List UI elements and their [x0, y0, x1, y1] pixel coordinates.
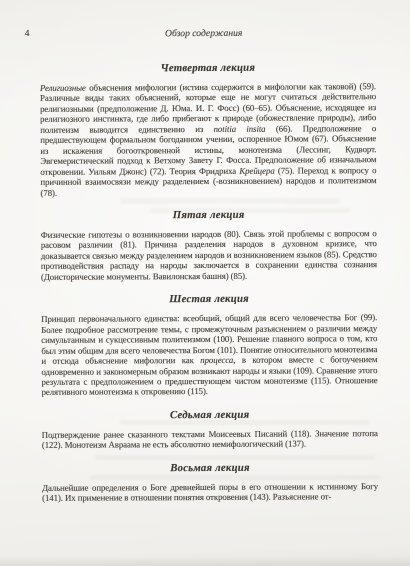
- emphasized-term: Крейцера: [239, 165, 274, 175]
- page-number: 4: [25, 29, 30, 39]
- lecture-summary: Принцип первоначального единства: всеобщ…: [41, 312, 377, 397]
- contents-overview: Четвертая лекцияРелигиозные объяснения м…: [40, 61, 378, 503]
- lecture-summary: Физические гипотезы о возникновении наро…: [41, 228, 377, 282]
- lecture-summary: Религиозные объяснения мифологии (истина…: [40, 81, 377, 198]
- summary-text: Дальнейшие определения о Боге древнейшей…: [42, 481, 378, 503]
- lecture-summary: Дальнейшие определения о Боге древнейшей…: [42, 481, 378, 504]
- page-body: 4 Обзор содержания Четвертая лекцияРелиг…: [0, 0, 410, 566]
- summary-text: Физические гипотезы о возникновении наро…: [41, 228, 377, 282]
- lecture-title: Четвертая лекция: [40, 61, 376, 76]
- summary-text: Подтверждение ранее сказанного текстами …: [42, 428, 378, 450]
- emphasized-term: процесса: [200, 355, 233, 365]
- emphasized-term: notitia insita: [214, 123, 266, 133]
- emphasized-term: Религиозные: [40, 83, 86, 93]
- lecture-title: Пятая лекция: [41, 208, 377, 223]
- book-page-scan: 4 Обзор содержания Четвертая лекцияРелиг…: [0, 0, 410, 566]
- lecture-summary: Подтверждение ранее сказанного текстами …: [42, 428, 378, 451]
- running-head: Обзор содержания: [0, 0, 409, 41]
- lecture-title: Восьмая лекция: [42, 461, 378, 476]
- lecture-title: Шестая лекция: [41, 292, 377, 307]
- lecture-title: Седьмая лекция: [42, 408, 378, 423]
